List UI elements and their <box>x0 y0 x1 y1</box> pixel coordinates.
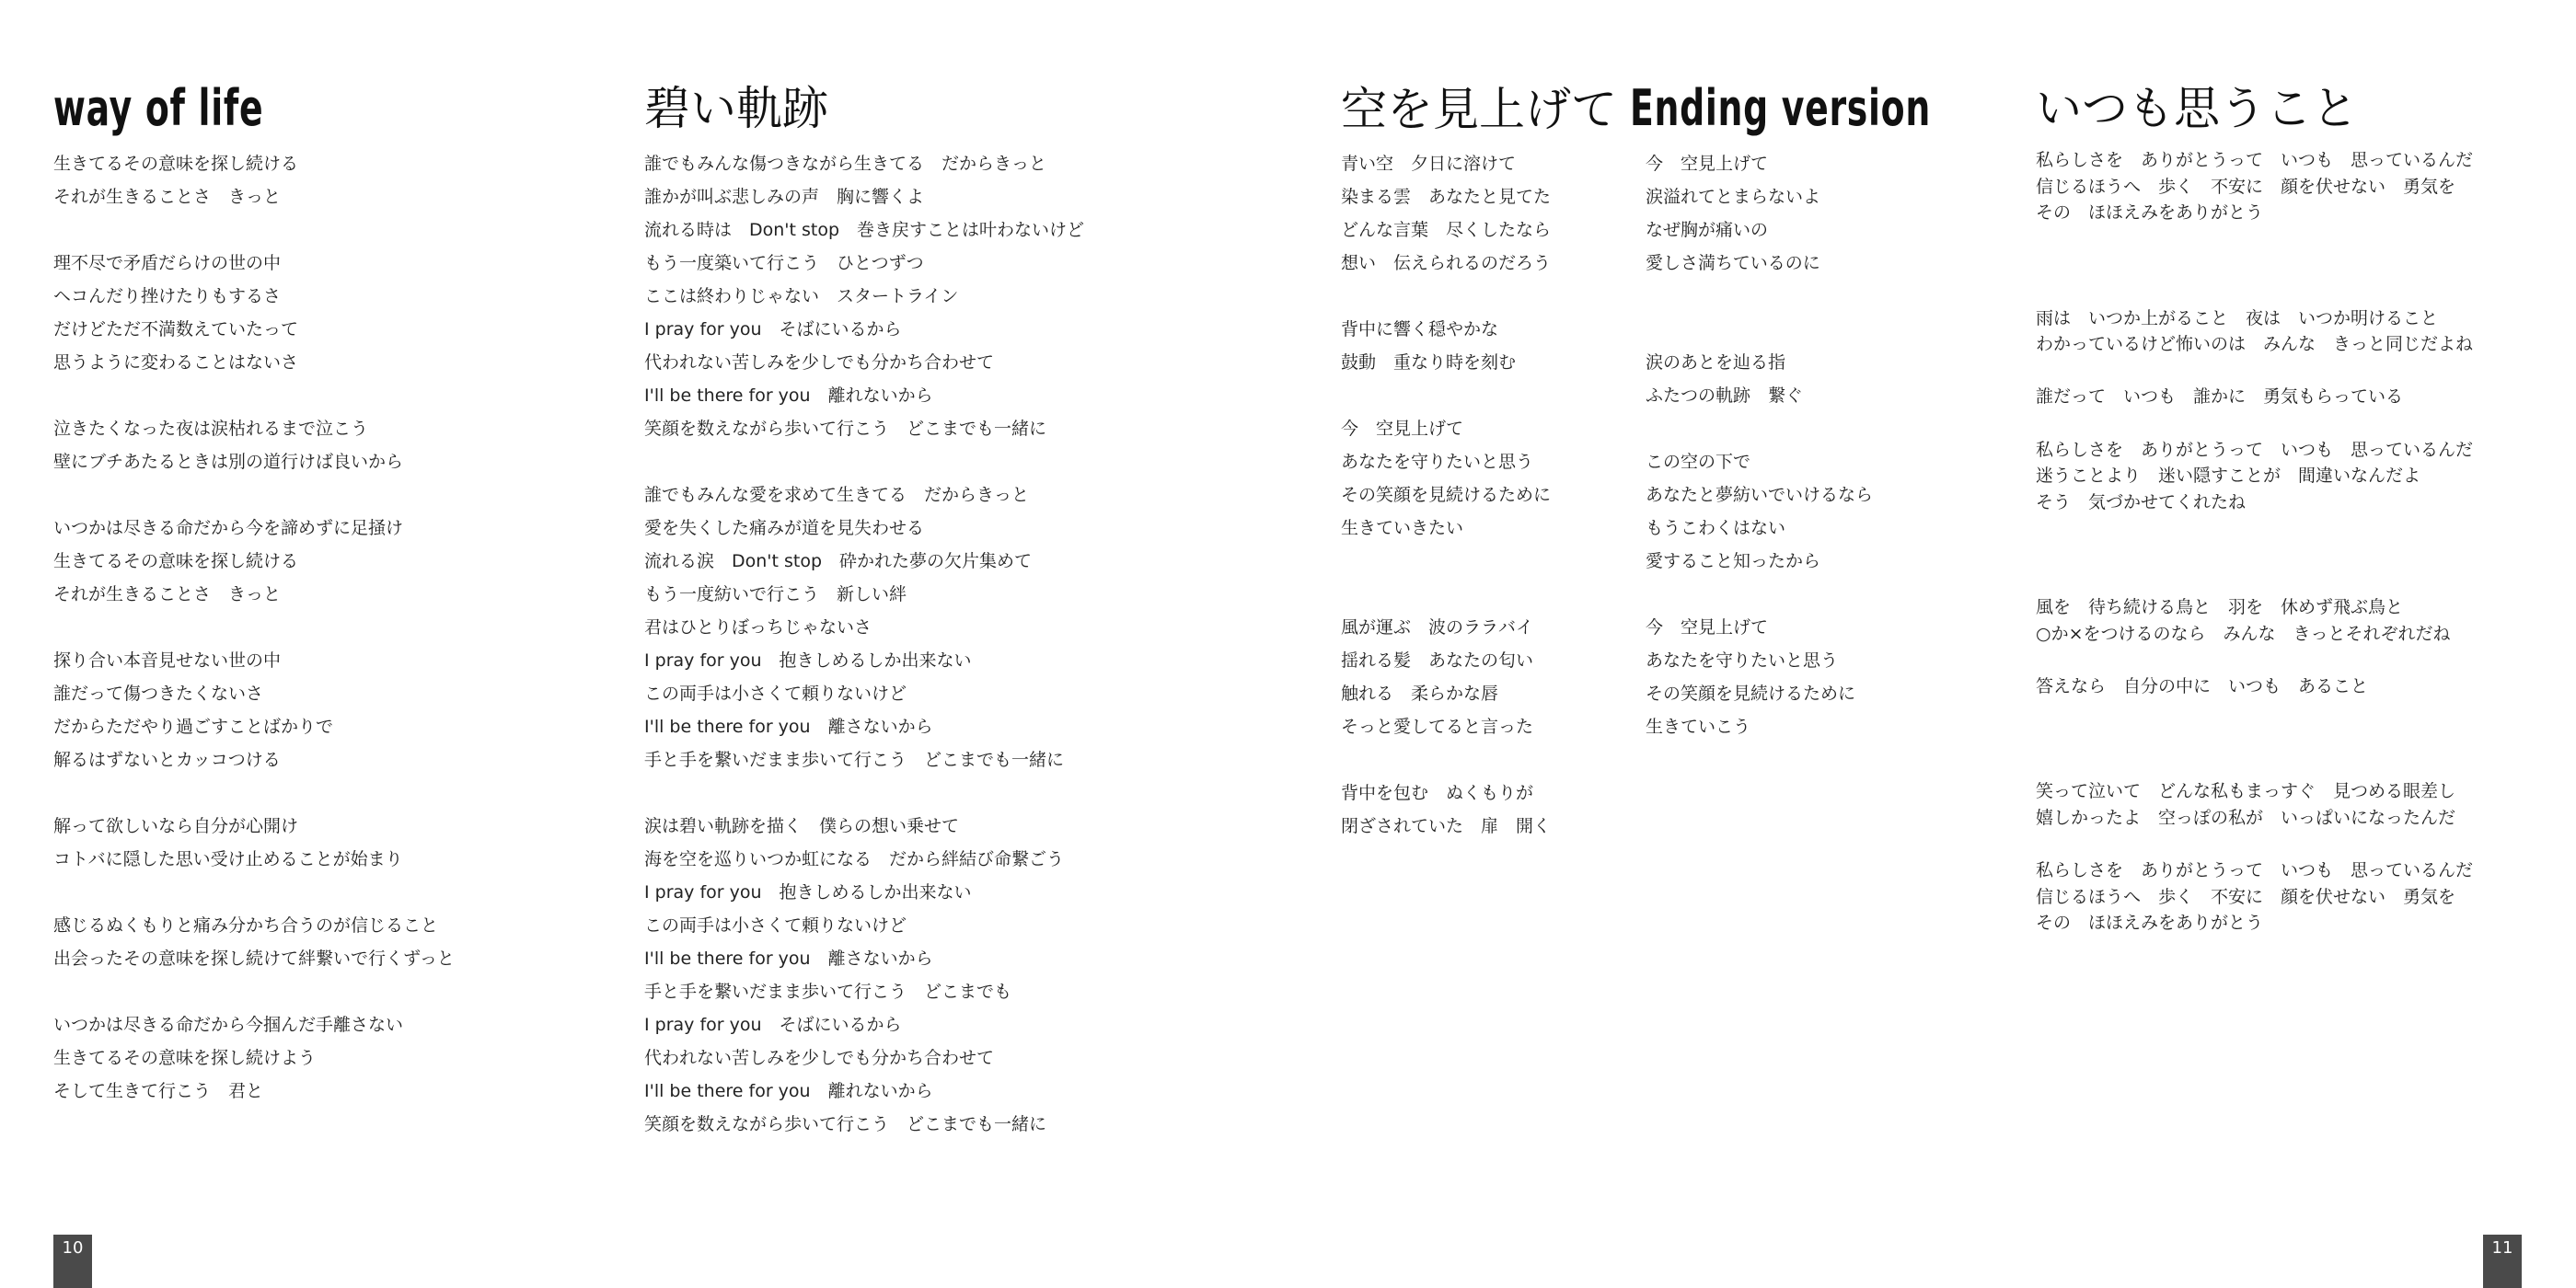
blank-line <box>2036 226 2473 253</box>
lyric-line: 鼓動 重なり時を刻む <box>1341 346 1551 379</box>
blank-line <box>53 379 455 412</box>
lyrics-list: 誰でもみんな傷つきながら生きてる だからきっと誰かが叫ぶ悲しみの声 胸に響くよ流… <box>644 147 1084 1141</box>
lyric-line: この空の下で <box>1646 445 1873 478</box>
lyric-line: それが生きることさ きっと <box>53 180 455 213</box>
lyric-line: 信じるほうへ 歩く 不安に 顔を伏せない 勇気を <box>2036 174 2473 201</box>
lyric-line: 生きていこう <box>1646 710 1873 743</box>
lyric-line: ヘコんだり挫けたりもするさ <box>53 280 455 313</box>
lyric-line: 誰かが叫ぶ悲しみの声 胸に響くよ <box>644 180 1084 213</box>
lyric-line: 雨は いつか上がること 夜は いつか明けること <box>2036 305 2473 332</box>
lyric-line: 生きてるその意味を探し続ける <box>53 147 455 180</box>
lyric-line: 今 空見上げて <box>1646 147 1873 180</box>
lyric-line: 迷うことより 迷い隠すことが 間違いなんだよ <box>2036 463 2473 489</box>
lyric-line: 誰だって いつも 誰かに 勇気もらっている <box>2036 384 2473 410</box>
blank-line <box>1646 412 1873 445</box>
blank-line <box>53 776 455 810</box>
lyric-line: 解って欲しいなら自分が心開け <box>53 810 455 843</box>
lyric-line: コトバに隠した思い受け止めることが始まり <box>53 843 455 876</box>
lyric-line: あなたを守りたいと思う <box>1646 644 1873 677</box>
blank-line <box>53 975 455 1008</box>
blank-line <box>2036 542 2473 569</box>
blank-line <box>2036 699 2473 726</box>
lyric-line: 涙のあとを辿る指 <box>1646 346 1873 379</box>
song-title-text: いつも思うこと <box>2036 79 2358 138</box>
lyric-line: 代われない苦しみを少しでも分かち合わせて <box>644 1041 1084 1075</box>
blank-line <box>2036 753 2473 779</box>
song-title-text: 碧い軌跡 <box>644 79 828 138</box>
lyric-line: 今 空見上げて <box>1646 611 1873 644</box>
lyric-line: 触れる 柔らかな唇 <box>1341 677 1551 710</box>
lyric-line: 笑顔を数えながら歩いて行こう どこまでも一緒に <box>644 412 1084 445</box>
lyric-line: 探り合い本音見せない世の中 <box>53 644 455 677</box>
lyric-line: 解るはずないとカッコつける <box>53 743 455 776</box>
song-subtitle-text: Ending version <box>1630 79 1931 138</box>
lyric-line: 風を 待ち続ける鳥と 羽を 休めず飛ぶ鳥と <box>2036 594 2473 621</box>
lyric-line: 風が運ぶ 波のララバイ <box>1341 611 1551 644</box>
lyric-line: 私らしさを ありがとうって いつも 思っているんだ <box>2036 437 2473 464</box>
lyric-line: その笑顔を見続けるために <box>1646 677 1873 710</box>
lyric-line: 手と手を繋いだまま歩いて行こう どこまでも <box>644 975 1084 1008</box>
lyric-line: 君はひとりぼっちじゃないさ <box>644 611 1084 644</box>
lyric-line: 感じるぬくもりと痛み分かち合うのが信じること <box>53 909 455 942</box>
lyric-line: I'll be there for you 離さないから <box>644 942 1084 975</box>
lyric-line: その ほほえみをありがとう <box>2036 200 2473 226</box>
blank-line <box>1341 743 1551 776</box>
lyric-line: その ほほえみをありがとう <box>2036 910 2473 937</box>
blank-line <box>2036 569 2473 595</box>
lyric-line: I pray for you 抱きしめるしか出来ない <box>644 644 1084 677</box>
blank-line <box>53 213 455 247</box>
lyric-line: それが生きることさ きっと <box>53 578 455 611</box>
lyric-line: だけどただ不満数えていたって <box>53 313 455 346</box>
lyric-line: いつかは尽きる命だから今を諦めずに足掻け <box>53 512 455 545</box>
lyric-line: I pray for you そばにいるから <box>644 313 1084 346</box>
lyric-line: 流れる時は Don't stop 巻き戻すことは叶わないけど <box>644 213 1084 247</box>
lyric-line: 答えなら 自分の中に いつも あること <box>2036 673 2473 700</box>
lyric-line: もうこわくはない <box>1646 512 1873 545</box>
lyric-line: 私らしさを ありがとうって いつも 思っているんだ <box>2036 857 2473 884</box>
song-title: 碧い軌跡 <box>644 79 828 138</box>
blank-line <box>1646 313 1873 346</box>
lyric-line: わかっているけど怖いのは みんな きっと同じだよね <box>2036 331 2473 358</box>
lyric-line: I'll be there for you 離さないから <box>644 710 1084 743</box>
blank-line <box>1341 379 1551 412</box>
lyric-line: 壁にブチあたるときは別の道行けば良いから <box>53 445 455 478</box>
lyrics-column-b: 今 空見上げて涙溢れてとまらないよなぜ胸が痛いの愛しさ満ちているのに 涙のあとを… <box>1646 147 1873 743</box>
blank-line <box>1341 280 1551 313</box>
blank-line <box>1341 545 1551 578</box>
lyric-line: 青い空 夕日に溶けて <box>1341 147 1551 180</box>
lyric-line: 愛しさ満ちているのに <box>1646 247 1873 280</box>
lyric-line: 涙溢れてとまらないよ <box>1646 180 1873 213</box>
lyric-line: ここは終わりじゃない スタートライン <box>644 280 1084 313</box>
lyric-line: どんな言葉 尽くしたなら <box>1341 213 1551 247</box>
lyric-line: 海を空を巡りいつか虹になる だから絆結び命繋ごう <box>644 843 1084 876</box>
lyric-line: 笑って泣いて どんな私もまっすぐ 見つめる眼差し <box>2036 778 2473 805</box>
lyric-line: 涙は碧い軌跡を描く 僕らの想い乗せて <box>644 810 1084 843</box>
lyric-line: もう一度紡いで行こう 新しい絆 <box>644 578 1084 611</box>
lyric-line: そして生きて行こう 君と <box>53 1075 455 1108</box>
lyrics-list: 生きてるその意味を探し続けるそれが生きることさ きっと 理不尽で矛盾だらけの世の… <box>53 147 455 1108</box>
lyric-line: ○か×をつけるのなら みんな きっとそれぞれだね <box>2036 621 2473 648</box>
lyric-line: 流れる涙 Don't stop 砕かれた夢の欠片集めて <box>644 545 1084 578</box>
song-title: way of life <box>53 79 353 139</box>
page-number-right: 11 <box>2483 1235 2522 1288</box>
lyric-line: 思うように変わることはないさ <box>53 346 455 379</box>
lyric-line: 代われない苦しみを少しでも分かち合わせて <box>644 346 1084 379</box>
lyric-line: 嬉しかったよ 空っぽの私が いっぱいになったんだ <box>2036 805 2473 832</box>
lyric-line: そう 気づかせてくれたね <box>2036 489 2473 516</box>
lyric-line: 手と手を繋いだまま歩いて行こう どこまでも一緒に <box>644 743 1084 776</box>
lyric-line: I'll be there for you 離れないから <box>644 1075 1084 1108</box>
lyric-line: そっと愛してると言った <box>1341 710 1551 743</box>
left-page: way of life 生きてるその意味を探し続けるそれが生きることさ きっと … <box>0 0 1288 1288</box>
blank-line <box>53 876 455 909</box>
lyrics-column-a: 青い空 夕日に溶けて染まる雲 あなたと見てたどんな言葉 尽くしたなら想い 伝えら… <box>1341 147 1551 843</box>
lyric-line: その笑顔を見続けるために <box>1341 478 1551 512</box>
lyric-line: 生きてるその意味を探し続けよう <box>53 1041 455 1075</box>
lyric-line: この両手は小さくて頼りないけど <box>644 677 1084 710</box>
lyric-line: I'll be there for you 離れないから <box>644 379 1084 412</box>
lyric-line: もう一度築いて行こう ひとつずつ <box>644 247 1084 280</box>
blank-line <box>2036 831 2473 857</box>
blank-line <box>1646 578 1873 611</box>
blank-line <box>2036 358 2473 385</box>
lyric-line: 生きてるその意味を探し続ける <box>53 545 455 578</box>
lyric-line: 揺れる髪 あなたの匂い <box>1341 644 1551 677</box>
lyric-line: あなたを守りたいと思う <box>1341 445 1551 478</box>
blank-line <box>644 776 1084 810</box>
song-title-text: way of life <box>53 79 263 138</box>
lyric-line: 誰だって傷つきたくないさ <box>53 677 455 710</box>
blank-line <box>2036 726 2473 753</box>
blank-line <box>1646 280 1873 313</box>
song-title: 空を見上げてEnding version <box>1341 79 2060 139</box>
lyric-line: 私らしさを ありがとうって いつも 思っているんだ <box>2036 147 2473 174</box>
lyric-line: 背中に響く穏やかな <box>1341 313 1551 346</box>
lyrics-list: 私らしさを ありがとうって いつも 思っているんだ信じるほうへ 歩く 不安に 顔… <box>2036 147 2473 937</box>
blank-line <box>1341 578 1551 611</box>
lyric-line: あなたと夢紡いでいけるなら <box>1646 478 1873 512</box>
blank-line <box>53 478 455 512</box>
page-number-left: 10 <box>53 1235 92 1288</box>
lyric-line: 出会ったその意味を探し続けて絆繋いで行くずっと <box>53 942 455 975</box>
lyric-line: 染まる雲 あなたと見てた <box>1341 180 1551 213</box>
lyric-line: 笑顔を数えながら歩いて行こう どこまでも一緒に <box>644 1108 1084 1141</box>
lyric-line: 誰でもみんな愛を求めて生きてる だからきっと <box>644 478 1084 512</box>
blank-line <box>2036 515 2473 542</box>
lyric-line: ふたつの軌跡 繋ぐ <box>1646 379 1873 412</box>
lyric-line: I pray for you そばにいるから <box>644 1008 1084 1041</box>
lyric-line: 閉ざされていた 扉 開く <box>1341 810 1551 843</box>
song-title: いつも思うこと <box>2036 79 2358 138</box>
lyric-line: いつかは尽きる命だから今掴んだ手離さない <box>53 1008 455 1041</box>
lyric-line: 愛を失くした痛みが道を見失わせる <box>644 512 1084 545</box>
lyric-line: 背中を包む ぬくもりが <box>1341 776 1551 810</box>
blank-line <box>2036 410 2473 437</box>
song-title-text: 空を見上げて <box>1341 80 1617 139</box>
blank-line <box>2036 279 2473 305</box>
blank-line <box>53 611 455 644</box>
song-title-subtitle: Ending version <box>1630 79 2060 139</box>
lyric-line: なぜ胸が痛いの <box>1646 213 1873 247</box>
lyric-line: 泣きたくなった夜は涙枯れるまで泣こう <box>53 412 455 445</box>
lyric-line: 理不尽で矛盾だらけの世の中 <box>53 247 455 280</box>
blank-line <box>2036 647 2473 673</box>
lyric-line: 誰でもみんな傷つきながら生きてる だからきっと <box>644 147 1084 180</box>
lyric-line: I pray for you 抱きしめるしか出来ない <box>644 876 1084 909</box>
lyric-line: この両手は小さくて頼りないけど <box>644 909 1084 942</box>
lyric-line: 想い 伝えられるのだろう <box>1341 247 1551 280</box>
lyric-line: 今 空見上げて <box>1341 412 1551 445</box>
blank-line <box>644 445 1084 478</box>
lyric-line: だからただやり過ごすことばかりで <box>53 710 455 743</box>
blank-line <box>2036 252 2473 279</box>
lyric-line: 愛すること知ったから <box>1646 545 1873 578</box>
lyric-line: 生きていきたい <box>1341 512 1551 545</box>
lyric-line: 信じるほうへ 歩く 不安に 顔を伏せない 勇気を <box>2036 884 2473 911</box>
